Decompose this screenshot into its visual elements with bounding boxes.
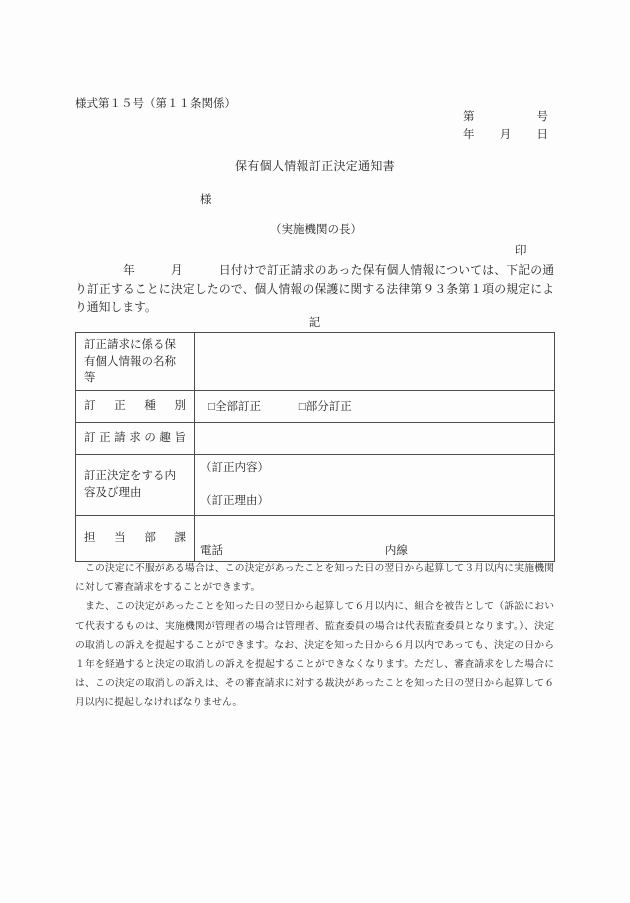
document-title: 保有個人情報訂正決定通知書: [0, 157, 630, 174]
date-year-label: 年: [463, 126, 475, 142]
notification-table: 訂正請求に係る保有個人情報の名称等 訂正種別 □全部訂正 □部分訂正 訂正請求の…: [75, 332, 555, 562]
date-day-label: 日: [537, 126, 549, 142]
appeal-notes: この決定に不服がある場合は、この決定があったことを知った日の翌日から起算して３月…: [75, 559, 554, 713]
checkbox-option-partial-correction[interactable]: □部分訂正: [299, 401, 352, 413]
telephone-label: 電話: [200, 545, 223, 557]
checkbox-option-full-correction[interactable]: □全部訂正: [208, 401, 261, 413]
table-row-department: 担当部課 電話 内線: [76, 515, 555, 561]
table-row-name: 訂正請求に係る保有個人情報の名称等: [76, 333, 555, 391]
form-number: 様式第１５号（第１１条関係）: [75, 95, 236, 111]
label-cell-decision: 訂正決定をする内容及び理由: [76, 454, 195, 515]
section-marker-ki: 記: [75, 314, 554, 330]
value-cell-name[interactable]: [195, 333, 555, 391]
table-row-purport: 訂正請求の趣旨: [76, 422, 555, 454]
value-cell-correction-type: □全部訂正 □部分訂正: [195, 390, 555, 422]
document-page: 様式第１５号（第１１条関係） 第 号 年 月 日 保有個人情報訂正決定通知書 様…: [0, 0, 630, 903]
label-cell-correction-type: 訂正種別: [76, 390, 195, 422]
tel-ext-line: 電話 内線: [200, 542, 548, 558]
correction-content-heading: （訂正内容）: [200, 459, 548, 475]
doc-number-prefix: 第: [463, 108, 475, 124]
seal-mark: 印: [515, 242, 527, 258]
value-cell-decision[interactable]: （訂正内容） （訂正理由）: [195, 454, 555, 515]
label-cell-department: 担当部課: [76, 515, 195, 561]
document-number-line: 第 号: [463, 108, 548, 124]
label-cell-purport: 訂正請求の趣旨: [76, 422, 195, 454]
date-line: 年 月 日: [463, 126, 548, 142]
value-cell-purport[interactable]: [195, 422, 555, 454]
value-cell-department[interactable]: 電話 内線: [195, 515, 555, 561]
correction-reason-heading: （訂正理由）: [200, 492, 548, 508]
notes-paragraph-1: この決定に不服がある場合は、この決定があったことを知った日の翌日から起算して３月…: [75, 559, 554, 597]
body-paragraph: 年 月 日付けで訂正請求のあった保有個人情報については、下記の通り訂正することに…: [75, 261, 554, 317]
addressee-sama: 様: [200, 191, 212, 207]
table-row-decision: 訂正決定をする内容及び理由 （訂正内容） （訂正理由）: [76, 454, 555, 515]
extension-label: 内線: [385, 545, 408, 557]
table-row-correction-type: 訂正種別 □全部訂正 □部分訂正: [76, 390, 555, 422]
label-cell-name: 訂正請求に係る保有個人情報の名称等: [76, 333, 195, 391]
issuer-line: （実施機関の長）: [270, 221, 362, 237]
notes-paragraph-2: また、この決定があったことを知った日の翌日から起算して６月以内に、組合を被告とし…: [75, 597, 554, 712]
date-month-label: 月: [500, 126, 512, 142]
doc-number-suffix: 号: [537, 108, 549, 124]
